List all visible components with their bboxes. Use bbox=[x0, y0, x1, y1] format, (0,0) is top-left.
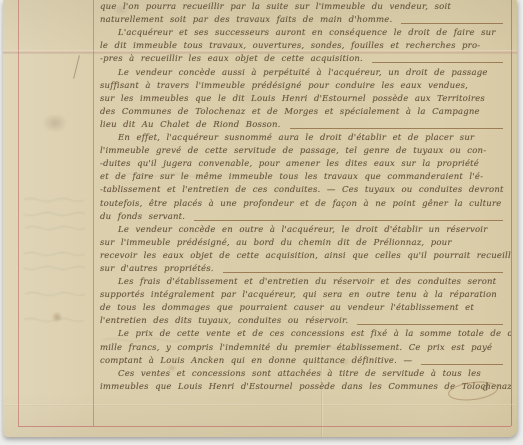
manuscript-line: l'entretien des dits tuyaux, conduites o… bbox=[100, 315, 511, 328]
manuscript-line: que l'on pourra recueillir par la suite … bbox=[100, 1, 511, 14]
manuscript-line: sur d'autres propriétés. bbox=[100, 263, 511, 276]
manuscript-line-text: du fonds servant. bbox=[100, 211, 185, 224]
manuscript-line-text: -tablissement et l'entretien de ces cond… bbox=[100, 184, 504, 197]
manuscript-line-text: des Communes de Tolochenaz et de Morges … bbox=[100, 106, 480, 119]
manuscript-line-text: -pres à recueillir les eaux objet de cet… bbox=[100, 53, 363, 66]
manuscript-line: L'acquéreur et ses successeurs auront en… bbox=[100, 27, 511, 40]
photograph-of-manuscript: { "page": { "backdrop_color": "#edeeec",… bbox=[0, 0, 523, 445]
manuscript-line-text: naturellement soit par des travaux faits… bbox=[100, 14, 392, 27]
manuscript-line: l'immeuble grevé de cette servitude de p… bbox=[100, 145, 511, 158]
manuscript-line: lieu dit Au Chalet de Riond Bosson. bbox=[100, 119, 511, 132]
bottom-frame-rule bbox=[18, 426, 511, 427]
manuscript-line: suffisant à travers l'immeuble prédésign… bbox=[100, 80, 511, 93]
manuscript-line-text: l'entretien des dits tuyaux, conduites o… bbox=[100, 315, 348, 328]
manuscript-page: que l'on pourra recueillir par la suite … bbox=[3, 0, 517, 437]
manuscript-line-text: Le prix de cette vente et de ces concess… bbox=[100, 328, 511, 341]
manuscript-line-text: mille francs, y compris l'indemnité du p… bbox=[100, 342, 492, 355]
paragraph-end-ink-rule bbox=[372, 62, 503, 63]
manuscript-line-text: et de faire sur le même immeuble tous le… bbox=[100, 171, 483, 184]
manuscript-line-text: que l'on pourra recueillir par la suite … bbox=[100, 1, 451, 14]
manuscript-line: -pres à recueillir les eaux objet de cet… bbox=[100, 53, 511, 66]
paragraph-end-ink-rule bbox=[290, 128, 503, 129]
manuscript-line: du fonds servant. bbox=[100, 211, 511, 224]
manuscript-line-text: Ces ventes et concessions sont attachées… bbox=[100, 368, 481, 381]
manuscript-line-text: toutefois, être placés à une profondeur … bbox=[100, 198, 501, 211]
paraph-letter: d bbox=[482, 382, 490, 396]
manuscript-line: naturellement soit par des travaux faits… bbox=[100, 14, 511, 27]
manuscript-line-text: le dit immeuble tous travaux, ouvertures… bbox=[100, 40, 480, 53]
manuscript-line: -duites qu'il jugera convenable, pour am… bbox=[100, 158, 511, 171]
manuscript-line: En effet, l'acquéreur susnommé aura le d… bbox=[100, 132, 511, 145]
manuscript-line-text: sur l'immeuble prédésigné, au bord du ch… bbox=[100, 237, 452, 250]
manuscript-line: Le vendeur concède en outre à l'acquéreu… bbox=[100, 224, 511, 237]
manuscript-line: recevoir les eaux objet de cette acquisi… bbox=[100, 250, 511, 263]
manuscript-line: toutefois, être placés à une profondeur … bbox=[100, 197, 511, 210]
right-margin-rule bbox=[511, 0, 512, 426]
manuscript-line: le dit immeuble tous travaux, ouvertures… bbox=[100, 40, 511, 53]
manuscript-line-text: sur les immeubles que le dit Louis Henri… bbox=[100, 93, 485, 106]
manuscript-line-text: Les frais d'établissement et d'entretien… bbox=[100, 276, 496, 289]
manuscript-line-text: l'immeuble grevé de cette servitude de p… bbox=[100, 145, 486, 158]
manuscript-line-text: sur d'autres propriétés. bbox=[100, 263, 214, 276]
manuscript-line: des Communes de Tolochenaz et de Morges … bbox=[100, 106, 511, 119]
manuscript-line: Le vendeur concède aussi à perpétuité à … bbox=[100, 66, 511, 79]
left-margin-rule-outer bbox=[18, 0, 19, 426]
paragraph-end-ink-rule bbox=[223, 272, 503, 273]
paragraph-end-ink-rule bbox=[357, 324, 503, 325]
manuscript-line-text: lieu dit Au Chalet de Riond Bosson. bbox=[100, 119, 281, 132]
manuscript-line: Les frais d'établissement et d'entretien… bbox=[100, 276, 511, 289]
manuscript-line-text: Le vendeur concède aussi à perpétuité à … bbox=[100, 67, 488, 80]
manuscript-line-text: En effet, l'acquéreur susnommé aura le d… bbox=[100, 132, 474, 145]
manuscript-line: sur l'immeuble prédésigné, au bord du ch… bbox=[100, 237, 511, 250]
manuscript-line-text: supportés intégralement par l'acquéreur,… bbox=[100, 289, 497, 302]
manuscript-line: Le prix de cette vente et de ces concess… bbox=[100, 328, 511, 341]
manuscript-line: supportés intégralement par l'acquéreur,… bbox=[100, 289, 511, 302]
manuscript-line: comptant à Louis Ancken qui en donne qui… bbox=[100, 355, 511, 368]
manuscript-line: sur les immeubles que le dit Louis Henri… bbox=[100, 93, 511, 106]
left-margin-rule-inner bbox=[93, 0, 94, 426]
manuscript-line-text: suffisant à travers l'immeuble prédésign… bbox=[100, 80, 468, 93]
manuscript-line: Ces ventes et concessions sont attachées… bbox=[100, 368, 511, 381]
paragraph-end-ink-rule bbox=[401, 23, 503, 24]
manuscript-line-text: Le vendeur concède en outre à l'acquéreu… bbox=[100, 224, 487, 237]
manuscript-line: mille francs, y compris l'indemnité du p… bbox=[100, 341, 511, 354]
paragraph-end-ink-rule bbox=[421, 364, 503, 365]
manuscript-line: et de faire sur le même immeuble tous le… bbox=[100, 171, 511, 184]
manuscript-line: de tous les dommages que pourraient caus… bbox=[100, 302, 511, 315]
manuscript-line-text: comptant à Louis Ancken qui en donne qui… bbox=[100, 355, 412, 368]
manuscript-line-text: -duites qu'il jugera convenable, pour am… bbox=[100, 158, 479, 171]
manuscript-line-text: de tous les dommages que pourraient caus… bbox=[100, 302, 474, 315]
horizontal-fold-crease-lower bbox=[3, 404, 517, 406]
manuscript-line-text: L'acquéreur et ses successeurs auront en… bbox=[100, 27, 496, 40]
paragraph-end-ink-rule bbox=[194, 220, 503, 221]
text-block: que l'on pourra recueillir par la suite … bbox=[100, 1, 511, 394]
manuscript-line-text: recevoir les eaux objet de cette acquisi… bbox=[100, 250, 511, 263]
manuscript-line: -tablissement et l'entretien de ces cond… bbox=[100, 184, 511, 197]
